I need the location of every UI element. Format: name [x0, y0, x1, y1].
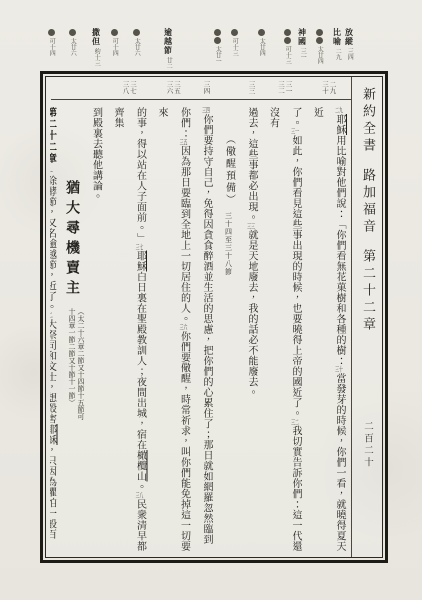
section-heading: 猶大尋機賣主: [64, 180, 80, 300]
margin-cross-reference: 太廿四: [316, 46, 323, 64]
sub-section-heading: （儆醒預備）: [224, 134, 235, 206]
circled-reference-mark-icon: [316, 29, 323, 36]
margin-reference-mark: 可十四: [106, 28, 122, 56]
scripture-text: 你們：: [179, 107, 190, 139]
gospel-title: 路加福音: [360, 155, 375, 236]
margin-reference-mark: 可十三: [226, 28, 242, 56]
margin-cross-reference: 廿二一: [165, 57, 172, 75]
book-title: 新約全書: [360, 87, 375, 155]
scripture-text: 的事，得以站在人子面前。」: [135, 107, 146, 244]
verse-number: 二: [50, 312, 54, 319]
circled-reference-mark-icon: [214, 37, 221, 44]
catchword-label: 逾越節: [164, 28, 173, 55]
verse-number-marker: 三四: [202, 81, 210, 97]
circled-reference-mark-icon: [48, 29, 55, 36]
scripture-text: 過去，這些事都必出現。: [246, 107, 257, 223]
verse-number: 三六: [180, 324, 188, 331]
verse-number-marker: 三一三二: [277, 81, 292, 97]
verse-number: 三八: [136, 492, 144, 499]
circled-reference-mark-icon: [214, 29, 221, 36]
proper-noun: 耶穌: [334, 114, 345, 135]
proper-noun: 耶穌: [50, 424, 56, 445]
running-title: 新約全書路加福音第二十二章: [352, 77, 382, 567]
margin-catchword: 逾越節廿二一: [160, 28, 176, 75]
circled-reference-mark-icon: [69, 29, 76, 36]
margin-cross-reference: 二九: [334, 48, 341, 60]
margin-cross-reference: 約十三: [93, 48, 100, 66]
chapter-title: 第二十二章: [360, 236, 375, 334]
scripture-text: 因為那日要臨到全地上一切居住的人。: [179, 146, 190, 325]
scripture-text: 你們要持守自己，免得因貪食醉酒並生活的思慮，把你們的心累住了；那日就如網羅忽然臨…: [201, 114, 212, 545]
text-column: 到殿裏去聽他講論。: [85, 107, 107, 555]
catchword-label: 撒但: [92, 28, 101, 46]
circled-reference-mark-icon: [133, 29, 140, 36]
proper-noun: 耶穌: [135, 251, 146, 272]
circled-reference-mark-icon: [111, 29, 118, 36]
margin-catchword: 比喻二九: [329, 28, 345, 60]
scripture-text: 。: [135, 482, 146, 493]
margin-catchword: 撒但約十三: [88, 28, 104, 66]
verse-number: 三四: [202, 107, 210, 114]
scripture-text: 除酵節，又名逾越節，近了。: [50, 176, 56, 313]
margin-cross-reference: 太廿四: [258, 38, 265, 56]
margin-cross-reference: 三一: [299, 48, 306, 60]
scripture-text: 了。: [290, 107, 301, 128]
margin-reference-mark: 太廿六: [64, 28, 80, 56]
margin-cross-reference: 可十三: [284, 46, 291, 64]
verse-number: 三五: [180, 139, 188, 146]
scripture-text: 白日裏在聖殿教訓人；夜間出城，宿在: [135, 272, 146, 451]
margin-reference-mark: 太廿一: [209, 28, 225, 64]
verse-number: 三七: [136, 244, 144, 251]
margin-reference-mark: 可十四: [43, 28, 59, 56]
verse-number-marker: 三五三六: [165, 81, 180, 97]
circled-reference-mark-icon: [316, 37, 323, 44]
margin-catchword: 神國三一: [294, 28, 310, 60]
catchword-label: 放縱: [345, 28, 354, 46]
margin-reference-mark: 太廿四: [311, 28, 327, 64]
text-column: 三三過去，這些事都必出現。三三就是天地廢去，我的話必不能廢去。: [240, 107, 263, 555]
circled-reference-mark-icon: [258, 29, 265, 36]
catchword-label: 神國: [298, 28, 307, 46]
scripture-text: 就是天地廢去，我的話必不能廢去。: [246, 230, 257, 398]
text-column: 三一三二了。三一如此，你們看見這些事出現的時候，也要曉得上帝的國近了。三二我切實…: [262, 107, 306, 555]
verse-range: 三十四至三十八節: [225, 212, 233, 276]
verse-number-marker: 三七三八: [121, 81, 136, 97]
catchword-label: 比喻: [333, 28, 342, 46]
top-margin-annotation-row: 放縱三四比喻二九太廿四神國三一可十三太廿四可十三太廿一逾越節廿二一太廿六可十四撒…: [0, 0, 422, 70]
margin-reference-mark: 可十三: [279, 28, 295, 64]
margin-cross-reference: 可十三: [231, 38, 238, 56]
margin-reference-mark: 太廿六: [128, 28, 144, 56]
verse-number: 三一: [291, 128, 299, 135]
verse-number: 一: [50, 169, 54, 176]
margin-cross-reference: 太廿六: [133, 38, 140, 56]
margin-cross-reference: 太廿一: [214, 46, 221, 64]
margin-cross-reference: 可十四: [111, 38, 118, 56]
margin-cross-reference: 可十四: [48, 38, 55, 56]
chapter-heading: 第二十二章: [50, 107, 56, 165]
margin-cross-reference: 三四: [346, 48, 353, 60]
scripture-text: 到殿裏去聽他講論。: [91, 107, 102, 202]
text-column: 三四三四你們要持守自己，免得因貪食醉酒並生活的思慮，把你們的心累住了；那日就如網…: [195, 107, 218, 555]
margin-reference-mark: 太廿四: [253, 28, 269, 56]
text-column: 二九三十二九耶穌用比喻對他們說：「你們看無花菓樹和各種的樹：三十當發芽的時候，你…: [306, 107, 350, 555]
page-number: 二百二十: [360, 421, 374, 469]
text-column: 三五三六你們：三五因為那日要臨到全地上一切居住的人。三六你們要儆醒，時常祈求，叫…: [151, 107, 195, 555]
cross-reference: （太二十六章二節又十四節十五節可十四章一節二節又十節十一節）: [67, 308, 85, 426]
book-page-scan: 放縱三四比喻二九太廿四神國三一可十三太廿四可十三太廿一逾越節廿二一太廿六可十四撒…: [0, 0, 422, 600]
verse-number: 三三: [247, 223, 255, 230]
verse-number: 三十: [335, 366, 343, 373]
text-frame: 二九三十二九耶穌用比喻對他們說：「你們看無花菓樹和各種的樹：三十當發芽的時候，你…: [45, 76, 383, 558]
text-column: 一二第二十二章一除酵節，又名逾越節，近了。二大祭司和文士，想殺害耶穌，只因為懼怕…: [50, 107, 61, 555]
circled-reference-mark-icon: [284, 29, 291, 36]
verse-number-marker: 三三: [247, 81, 255, 97]
scripture-text: 如此，你們看見這些事出現的時候，也要曉得上帝的國近了。: [290, 135, 301, 419]
proper-noun: 橄欖山: [135, 450, 146, 482]
text-column: 三七三八的事，得以站在人子面前。」三七耶穌白日裏在聖殿教訓人；夜間出城，宿在橄欖…: [107, 107, 151, 555]
circled-reference-mark-icon: [284, 37, 291, 44]
section-heading-column: 猶大尋機賣主（太二十六章二節又十四節十五節可十四章一節二節又十節十一節）: [61, 107, 86, 555]
circled-reference-mark-icon: [231, 29, 238, 36]
verse-number-marker: 二九三十: [321, 81, 336, 97]
spine-title-column: 新約全書路加福音第二十二章 二百二十: [351, 77, 382, 557]
scripture-text: 大祭司和文士，想殺害: [50, 319, 56, 424]
scripture-text: 用比喻對他們說：「你們看無花菓樹和各種的樹：: [334, 135, 345, 366]
scripture-text-area: 二九三十二九耶穌用比喻對他們說：「你們看無花菓樹和各種的樹：三十當發芽的時候，你…: [46, 77, 351, 557]
verse-number: 二九: [335, 107, 343, 114]
verse-number: 三二: [291, 419, 299, 426]
text-columns: 二九三十二九耶穌用比喻對他們說：「你們看無花菓樹和各種的樹：三十當發芽的時候，你…: [50, 77, 350, 555]
margin-cross-reference: 太廿六: [69, 38, 76, 56]
section-heading-column: （儆醒預備）三十四至三十八節: [217, 107, 240, 555]
